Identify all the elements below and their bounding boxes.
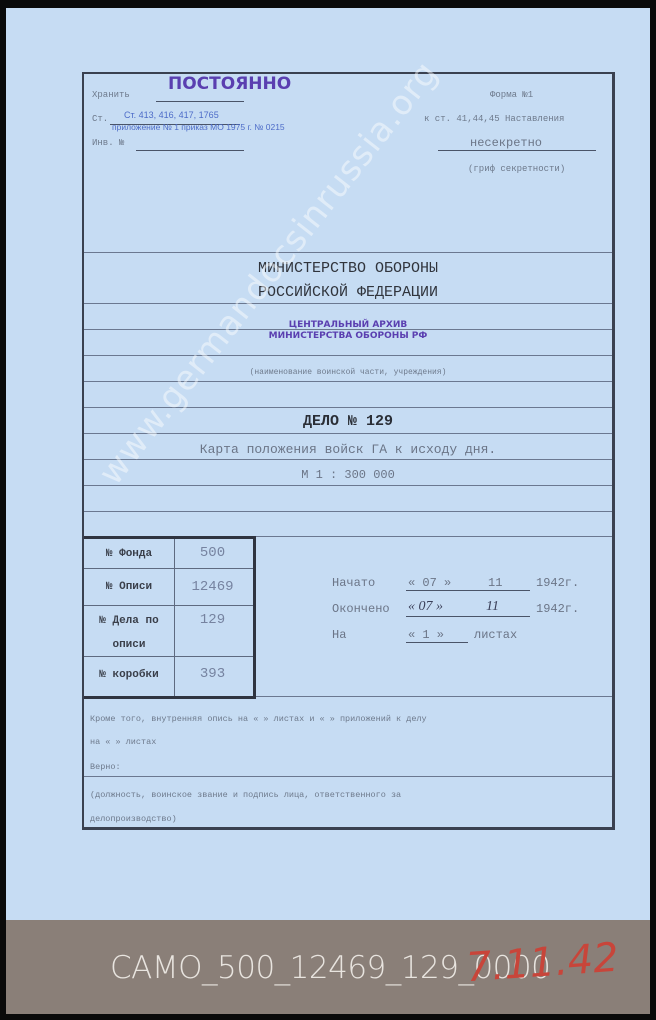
- case-scale: М 1 : 300 000: [84, 468, 612, 482]
- rule-line: [84, 355, 612, 356]
- responsible-caption-2: делопроизводство): [90, 814, 177, 824]
- archive-stamp-line-1: ЦЕНТРАЛЬНЫЙ АРХИВ: [84, 320, 612, 330]
- responsible-caption-1: (должность, воинское звание и подпись ли…: [90, 790, 401, 800]
- rule-line: [84, 511, 612, 512]
- delo-label-1: № Дела по: [84, 615, 174, 627]
- fond-label: № Фонда: [84, 548, 174, 560]
- handwritten-date: 7.11.42: [465, 935, 621, 992]
- delo-label-2: описи: [84, 639, 174, 651]
- table-row: № Дела по описи 129: [84, 606, 253, 657]
- sheets-count: « 1 »: [408, 628, 444, 642]
- opis-value: 12469: [175, 579, 250, 595]
- started-year: 1942г.: [536, 576, 579, 590]
- rule-line: [84, 303, 612, 304]
- opis-label: № Описи: [84, 581, 174, 593]
- internal-inventory-line-2: на « » листах: [90, 737, 156, 747]
- started-day: « 07 »: [408, 576, 451, 590]
- ministry-line-1: МИНИСТЕРСТВО ОБОРОНЫ: [84, 260, 612, 277]
- ended-day: « 07 »: [408, 599, 443, 615]
- started-month: 11: [488, 576, 502, 590]
- form-reference: к ст. 41,44,45 Наставления: [424, 114, 564, 124]
- started-label: Начато: [332, 576, 375, 590]
- rule-line: [84, 252, 612, 253]
- ended-label: Окончено: [332, 602, 390, 616]
- archive-label-strip: CAMO_500_12469_129_0000 7.11.42: [6, 920, 650, 1014]
- table-row: № коробки 393: [84, 657, 253, 696]
- box-label: № коробки: [84, 669, 174, 681]
- table-row: № Описи 12469: [84, 569, 253, 606]
- secrecy-caption: (гриф секретности): [468, 164, 565, 174]
- secrecy-value: несекретно: [470, 136, 542, 150]
- register-table: № Фонда 500 № Описи 12469 № Дела по опис…: [84, 536, 256, 699]
- keep-underline: [156, 101, 244, 102]
- article-handwritten-1: Ст. 413, 416, 417, 1765: [124, 110, 219, 120]
- inventory-label: Инв. №: [92, 138, 124, 148]
- ministry-line-2: РОССИЙСКОЙ ФЕДЕРАЦИИ: [84, 284, 612, 301]
- article-handwritten-2: приложение № 1 приказ МО 1975 г. № 0215: [112, 122, 285, 132]
- secrecy-underline: [438, 150, 596, 151]
- archive-stamp-line-2: МИНИСТЕРСТВА ОБОРОНЫ РФ: [84, 331, 612, 341]
- delo-value: 129: [175, 612, 250, 628]
- table-row: № Фонда 500: [84, 539, 253, 569]
- rule-line: [84, 485, 612, 486]
- started-underline: [406, 590, 530, 591]
- inventory-underline: [136, 150, 244, 151]
- sheets-suffix: листах: [474, 628, 517, 642]
- keep-label: Хранить: [92, 90, 130, 100]
- rule-line: [84, 459, 612, 460]
- box-value: 393: [175, 666, 250, 682]
- keep-stamp: ПОСТОЯННО: [168, 74, 291, 94]
- ended-month: 11: [486, 599, 499, 615]
- fond-value: 500: [175, 545, 250, 561]
- verified-label: Верно:: [90, 762, 121, 772]
- ended-year: 1942г.: [536, 602, 579, 616]
- form-label: Форма №1: [490, 90, 533, 100]
- sheets-underline: [406, 642, 468, 643]
- case-description: Карта положения войск ГА к исходу дня.: [84, 442, 612, 457]
- internal-inventory-line-1: Кроме того, внутренняя опись на « » лист…: [90, 714, 427, 724]
- sheets-label: На: [332, 628, 346, 642]
- article-label: Ст.: [92, 114, 108, 124]
- ended-underline: [406, 616, 530, 617]
- rule-line: [84, 776, 612, 777]
- document-page: Хранить ПОСТОЯННО Ст. Ст. 413, 416, 417,…: [6, 8, 650, 920]
